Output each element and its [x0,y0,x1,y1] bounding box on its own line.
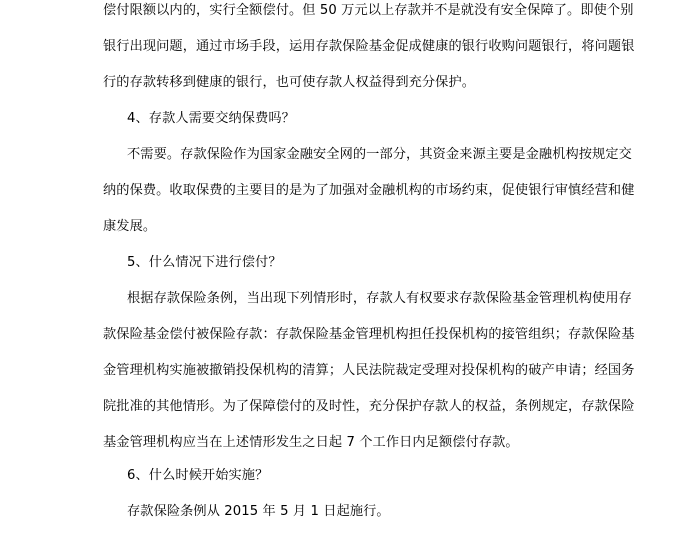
paragraph-line: 存款保险条例从 2015 年 5 月 1 日起施行。 [127,501,390,523]
paragraph-line: 款保险基金偿付被保险存款：存款保险基金管理机构担任投保机构的接管组织；存款保险基 [103,324,579,346]
question-heading-5: 5、什么情况下进行偿付？ [127,252,282,274]
paragraph-line: 基金管理机构应当在上述情形发生之日起 7 个工作日内足额偿付存款。 [103,432,519,454]
paragraph-line: 偿付限额以内的，实行全额偿付。但 50 万元以上存款并不是就没有安全保障了。即使… [103,0,579,22]
question-heading-6: 6、什么时候开始实施？ [127,465,268,487]
paragraph-line: 根据存款保险条例，当出现下列情形时，存款人有权要求存款保险基金管理机构使用存 [127,288,579,310]
paragraph-line: 金管理机构实施被撤销投保机构的清算；人民法院裁定受理对投保机构的破产申请；经国务 [103,360,579,382]
paragraph-line: 纳的保费。收取保费的主要目的是为了加强对金融机构的市场约束，促使银行审慎经营和健 [103,180,579,202]
paragraph-line: 院批准的其他情形。为了保障偿付的及时性，充分保护存款人的权益，条例规定，存款保险 [103,396,579,418]
question-heading-4: 4、存款人需要交纳保费吗？ [127,108,295,130]
paragraph-line: 不需要。存款保险作为国家金融安全网的一部分，其资金来源主要是金融机构按规定交 [127,144,579,166]
paragraph-line: 银行出现问题，通过市场手段，运用存款保险基金促成健康的银行收购问题银行，将问题银 [103,36,579,58]
paragraph-line: 行的存款转移到健康的银行，也可使存款人权益得到充分保护。 [103,72,475,94]
paragraph-line: 康发展。 [103,216,156,238]
